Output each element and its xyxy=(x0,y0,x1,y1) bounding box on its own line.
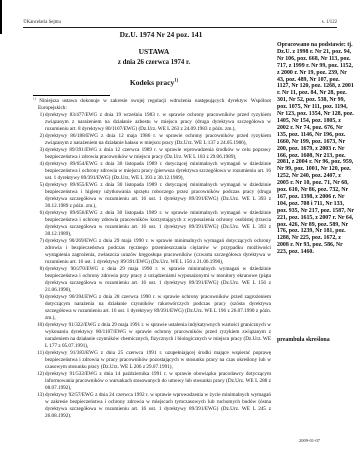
legal-basis-sidebar: Opracowano na podstawie: tj. Dz.U. z 199… xyxy=(277,42,354,256)
directive-item: 10)dyrektywy 91/322/EWG z dnia 29 maja 1… xyxy=(33,322,271,350)
directive-item: 13)dyrektywy 92/57/EWG z dnia 24 czerwca… xyxy=(33,392,271,420)
directive-text: dyrektywy 91/383/EWG z dnia 25 czerwca 1… xyxy=(45,350,271,370)
directive-number: 12) xyxy=(33,371,44,378)
directive-item: 1)dyrektywy 83/477/EWG z dnia 19 wrześni… xyxy=(33,112,271,133)
act-title-footnote-ref: 1) xyxy=(174,79,178,84)
page-header: ©Kancelaria Sejmu s. 1/122 xyxy=(23,20,337,28)
act-type: USTAWA xyxy=(23,47,285,56)
footnote-marker: 1) xyxy=(33,96,36,100)
title-block: USTAWA z dnia 26 czerwca 1974 r. Kodeks … xyxy=(23,47,285,87)
directive-text: dyrektywy 91/322/EWG z dnia 29 maja 1991… xyxy=(45,322,271,349)
directive-item: 7)dyrektywy 90/269/EWG z dnia 29 maja 19… xyxy=(33,238,271,266)
footnote-block: 1) Niniejsza ustawa dokonuje w zakresie … xyxy=(33,95,271,420)
footnote-intro-text: Niniejsza ustawa dokonuje w zakresie swo… xyxy=(38,98,271,111)
directive-text: dyrektywy 90/394/EWG z dnia 28 czerwca 1… xyxy=(45,294,271,321)
journal-reference: Dz.U. 1974 Nr 24 poz. 141 xyxy=(23,30,299,39)
directive-number: 13) xyxy=(33,392,44,399)
directive-number: 1) xyxy=(33,112,44,119)
directive-text: dyrektywy 91/533/EWG z dnia 14 październ… xyxy=(45,371,271,391)
directive-text: dyrektywy 92/57/EWG z dnia 24 czerwca 19… xyxy=(45,392,271,419)
directive-item: 8)dyrektywy 90/270/EWG z dnia 29 maja 19… xyxy=(33,266,271,294)
page-number: s. 1/122 xyxy=(322,20,337,26)
directive-item: 3)dyrektywy 89/391/EWG z dnia 12 czerwca… xyxy=(33,147,271,161)
directive-text: dyrektywy 90/270/EWG z dnia 29 maja 1990… xyxy=(45,266,271,293)
act-title: Kodeks pracy1) xyxy=(23,78,285,87)
publisher-note: ©Kancelaria Sejmu xyxy=(23,20,61,26)
directive-number: 6) xyxy=(33,210,44,217)
legal-basis-text: Opracowano na podstawie: tj. Dz.U. z 199… xyxy=(277,42,354,256)
directive-text: dyrektywy 89/656/EWG z dnia 30 listopada… xyxy=(45,210,271,237)
directive-text: dyrektywy 86/188/EWG z dnia 12 maja 1986… xyxy=(45,133,271,146)
footer-date: 2009-01-07 xyxy=(299,438,320,443)
directive-item: 9)dyrektywy 90/394/EWG z dnia 28 czerwca… xyxy=(33,294,271,322)
directive-text: dyrektywy 90/269/EWG z dnia 29 maja 1990… xyxy=(45,238,271,265)
document-page: ©Kancelaria Sejmu s. 1/122 Dz.U. 1974 Nr… xyxy=(0,0,360,466)
directive-item: 5)dyrektywy 89/655/EWG z dnia 30 listopa… xyxy=(33,182,271,210)
act-title-text: Kodeks pracy xyxy=(130,78,174,87)
directive-number: 8) xyxy=(33,266,44,273)
directive-number: 9) xyxy=(33,294,44,301)
directive-number: 11) xyxy=(33,350,44,357)
directive-item: 4)dyrektywy 89/654/EWG z dnia 30 listopa… xyxy=(33,161,271,182)
directive-number: 3) xyxy=(33,147,44,154)
directive-number: 2) xyxy=(33,133,44,140)
directive-number: 10) xyxy=(33,322,44,329)
directive-text: dyrektywy 89/655/EWG z dnia 30 listopada… xyxy=(45,182,271,209)
directive-number: 5) xyxy=(33,182,44,189)
directive-item: 12)dyrektywy 91/533/EWG z dnia 14 paździ… xyxy=(33,371,271,392)
directive-item: 11)dyrektywy 91/383/EWG z dnia 25 czerwc… xyxy=(33,350,271,371)
directive-number: 7) xyxy=(33,238,44,245)
directives-list: 1)dyrektywy 83/477/EWG z dnia 19 wrześni… xyxy=(33,112,271,420)
directive-item: 2)dyrektywy 86/188/EWG z dnia 12 maja 19… xyxy=(33,133,271,147)
footnote-intro: 1) Niniejsza ustawa dokonuje w zakresie … xyxy=(33,98,271,112)
directive-text: dyrektywy 89/654/EWG z dnia 30 listopada… xyxy=(45,161,271,181)
directive-text: dyrektywy 89/391/EWG z dnia 12 czerwca 1… xyxy=(45,147,271,160)
directive-text: dyrektywy 83/477/EWG z dnia 19 września … xyxy=(45,112,271,132)
act-date: z dnia 26 czerwca 1974 r. xyxy=(23,59,285,67)
preamble-note: preambuła skreślona xyxy=(277,337,354,344)
scan-registration-mark xyxy=(0,0,2,34)
directive-number: 4) xyxy=(33,161,44,168)
directive-item: 6)dyrektywy 89/656/EWG z dnia 30 listopa… xyxy=(33,210,271,238)
footnote-separator xyxy=(33,95,110,96)
